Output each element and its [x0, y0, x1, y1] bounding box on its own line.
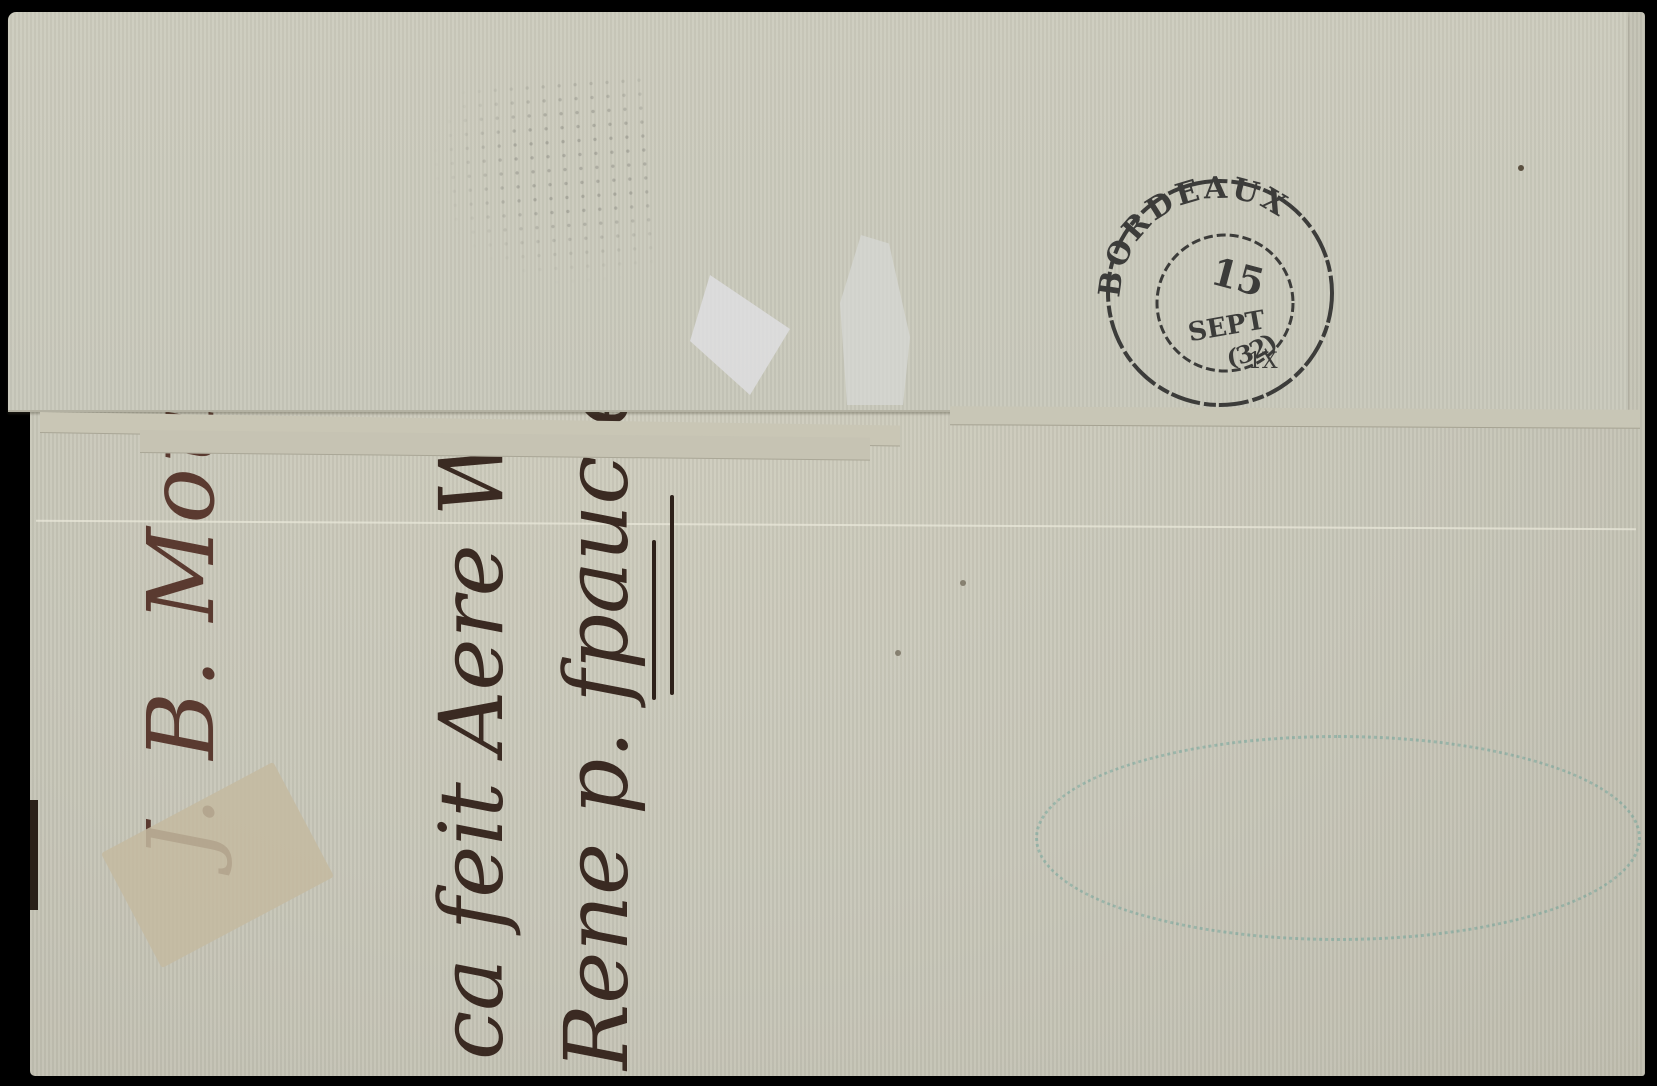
- ink-speck: [1518, 165, 1524, 171]
- faint-grid-cancel: [423, 72, 667, 298]
- handwritten-line-2: ca feit Aere W: [420, 426, 523, 1060]
- double-underline-mark: [650, 495, 680, 705]
- ink-speck: [895, 650, 901, 656]
- ink-speck: [960, 580, 966, 586]
- faint-oval-stamp: [1035, 735, 1641, 941]
- top-flap: [8, 12, 1628, 412]
- postmark-day: 15: [1207, 248, 1270, 305]
- bordeaux-postmark: BORDEAUX 15 SEPT 1X (32): [1090, 158, 1350, 418]
- left-edge-shadow: [30, 800, 38, 910]
